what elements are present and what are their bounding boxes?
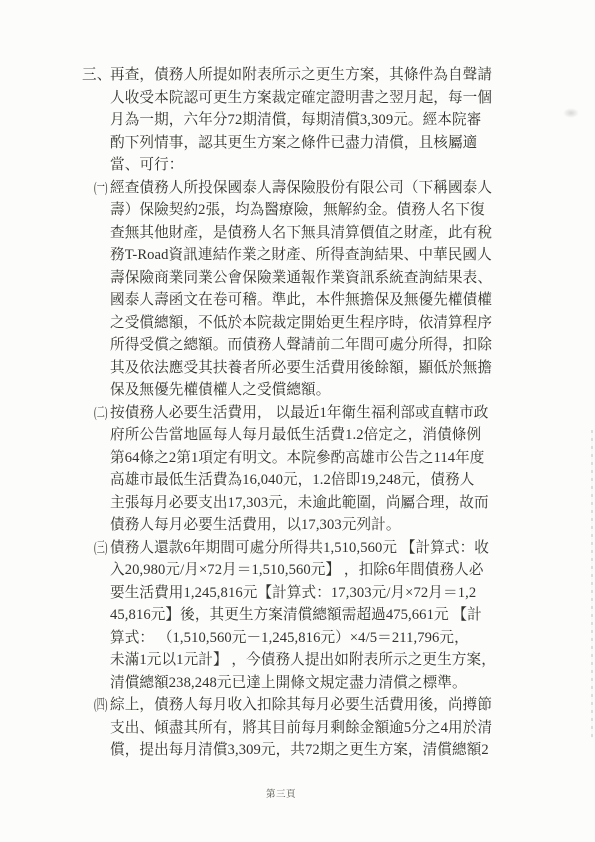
doc-line: 清償總額238,248元已達上開條文規定盡力清償之標準。 — [110, 672, 546, 695]
list-marker-text: (一) — [94, 177, 108, 200]
doc-line: 保及無優先權債權人之受償總額。 — [110, 379, 546, 402]
doc-line: 務T-Road資訊連結作業之財產、所得查詢結果、中華民國人 — [110, 244, 546, 267]
list-marker-text: (四) — [94, 694, 108, 717]
doc-line: 三、再查，債務人所提如附表所示之更生方案，其條件為自聲請 — [110, 64, 546, 87]
doc-line: (三)債務人還款6年期間可處分所得共1,510,560元 【計算式：收 — [110, 537, 546, 560]
doc-line: 當、可行： — [110, 154, 546, 177]
doc-line: 所得受償之總額。而債務人聲請前二年間可處分所得，扣除 — [110, 334, 546, 357]
scan-artifact-smudge — [563, 108, 579, 118]
doc-line: 之受償總額，不低於本院裁定開始更生程序時，依清算程序 — [110, 312, 546, 335]
doc-line: 45,816元】後，其更生方案清償總額需超過475,661元 【計 — [110, 604, 546, 627]
doc-line: 未滿1元以1元計】 ，今債務人提出如附表所示之更生方案， — [110, 649, 546, 672]
doc-line: 要生活費用1,245,816元【計算式：17,303元/月×72月＝1,2 — [110, 582, 546, 605]
doc-line: 查無其他財產，是債務人名下無具清算價值之財產，此有稅 — [110, 222, 546, 245]
list-marker: (二) — [94, 402, 110, 425]
doc-line: 府所公告當地區每人每月最低生活費1.2倍定之，消債條例 — [110, 424, 546, 447]
document-body: 三、再查，債務人所提如附表所示之更生方案，其條件為自聲請人收受本院認可更生方案裁… — [110, 64, 546, 762]
doc-line: 入20,980元/月×72月＝1,510,560元】 ，扣除6年間債務人必 — [110, 559, 546, 582]
doc-line: 算式： （1,510,560元－1,245,816元）×4/5＝211,796元… — [110, 627, 546, 650]
list-marker: 三、 — [82, 64, 111, 87]
doc-line: 國泰人壽函文在卷可稽。準此，本件無擔保及無優先權債權 — [110, 289, 546, 312]
list-marker-text: (二) — [94, 402, 108, 425]
scanned-court-document-page: 三、再查，債務人所提如附表所示之更生方案，其條件為自聲請人收受本院認可更生方案裁… — [0, 0, 595, 842]
doc-line: 壽）保險契約2張，均為醫療險，無解約金。債務人名下復 — [110, 199, 546, 222]
page-number: 第三頁 — [266, 789, 296, 802]
list-marker-text: (三) — [94, 537, 108, 560]
doc-line: (一)經查債務人所投保國泰人壽保險股份有限公司（下稱國泰人 — [110, 177, 546, 200]
doc-line: 支出、傾盡其所有，將其目前每月剩餘金額逾5分之4用於清 — [110, 717, 546, 740]
doc-line: (四)綜上，債務人每月收入扣除其每月必要生活費用後，尚撙節 — [110, 694, 546, 717]
list-marker: (一) — [94, 177, 110, 200]
scan-artifact-right-streak — [591, 430, 593, 738]
list-marker: (三) — [94, 537, 110, 560]
doc-line: 高雄市最低生活費為16,040元，1.2倍即19,248元，債務人 — [110, 469, 546, 492]
doc-line: 其及依法應受其扶養者所必要生活費用後餘額，顯低於無擔 — [110, 357, 546, 380]
doc-line: 人收受本院認可更生方案裁定確定證明書之翌月起，每一個 — [110, 87, 546, 110]
doc-line: 壽保險商業同業公會保險業通報作業資訊系統查詢結果表、 — [110, 267, 546, 290]
doc-line: 償，提出每月清償3,309元，共72期之更生方案，清償總額2 — [110, 739, 546, 762]
doc-line: 債務人每月必要生活費用，以17,303元列計。 — [110, 514, 546, 537]
doc-line: 第64條之2第1項定有明文。本院參酌高雄市公告之114年度 — [110, 447, 546, 470]
list-marker: (四) — [94, 694, 110, 717]
doc-line: 主張每月必要支出17,303元，未逾此範圍，尚屬合理，故而 — [110, 492, 546, 515]
doc-line: (二)按債務人必要生活費用， 以最近1年衛生福利部或直轄市政 — [110, 402, 546, 425]
doc-line: 月為一期，六年分72期清償，每期清償3,309元。經本院審 — [110, 109, 546, 132]
doc-line: 酌下列情事，認其更生方案之條件已盡力清償，且核屬適 — [110, 132, 546, 155]
